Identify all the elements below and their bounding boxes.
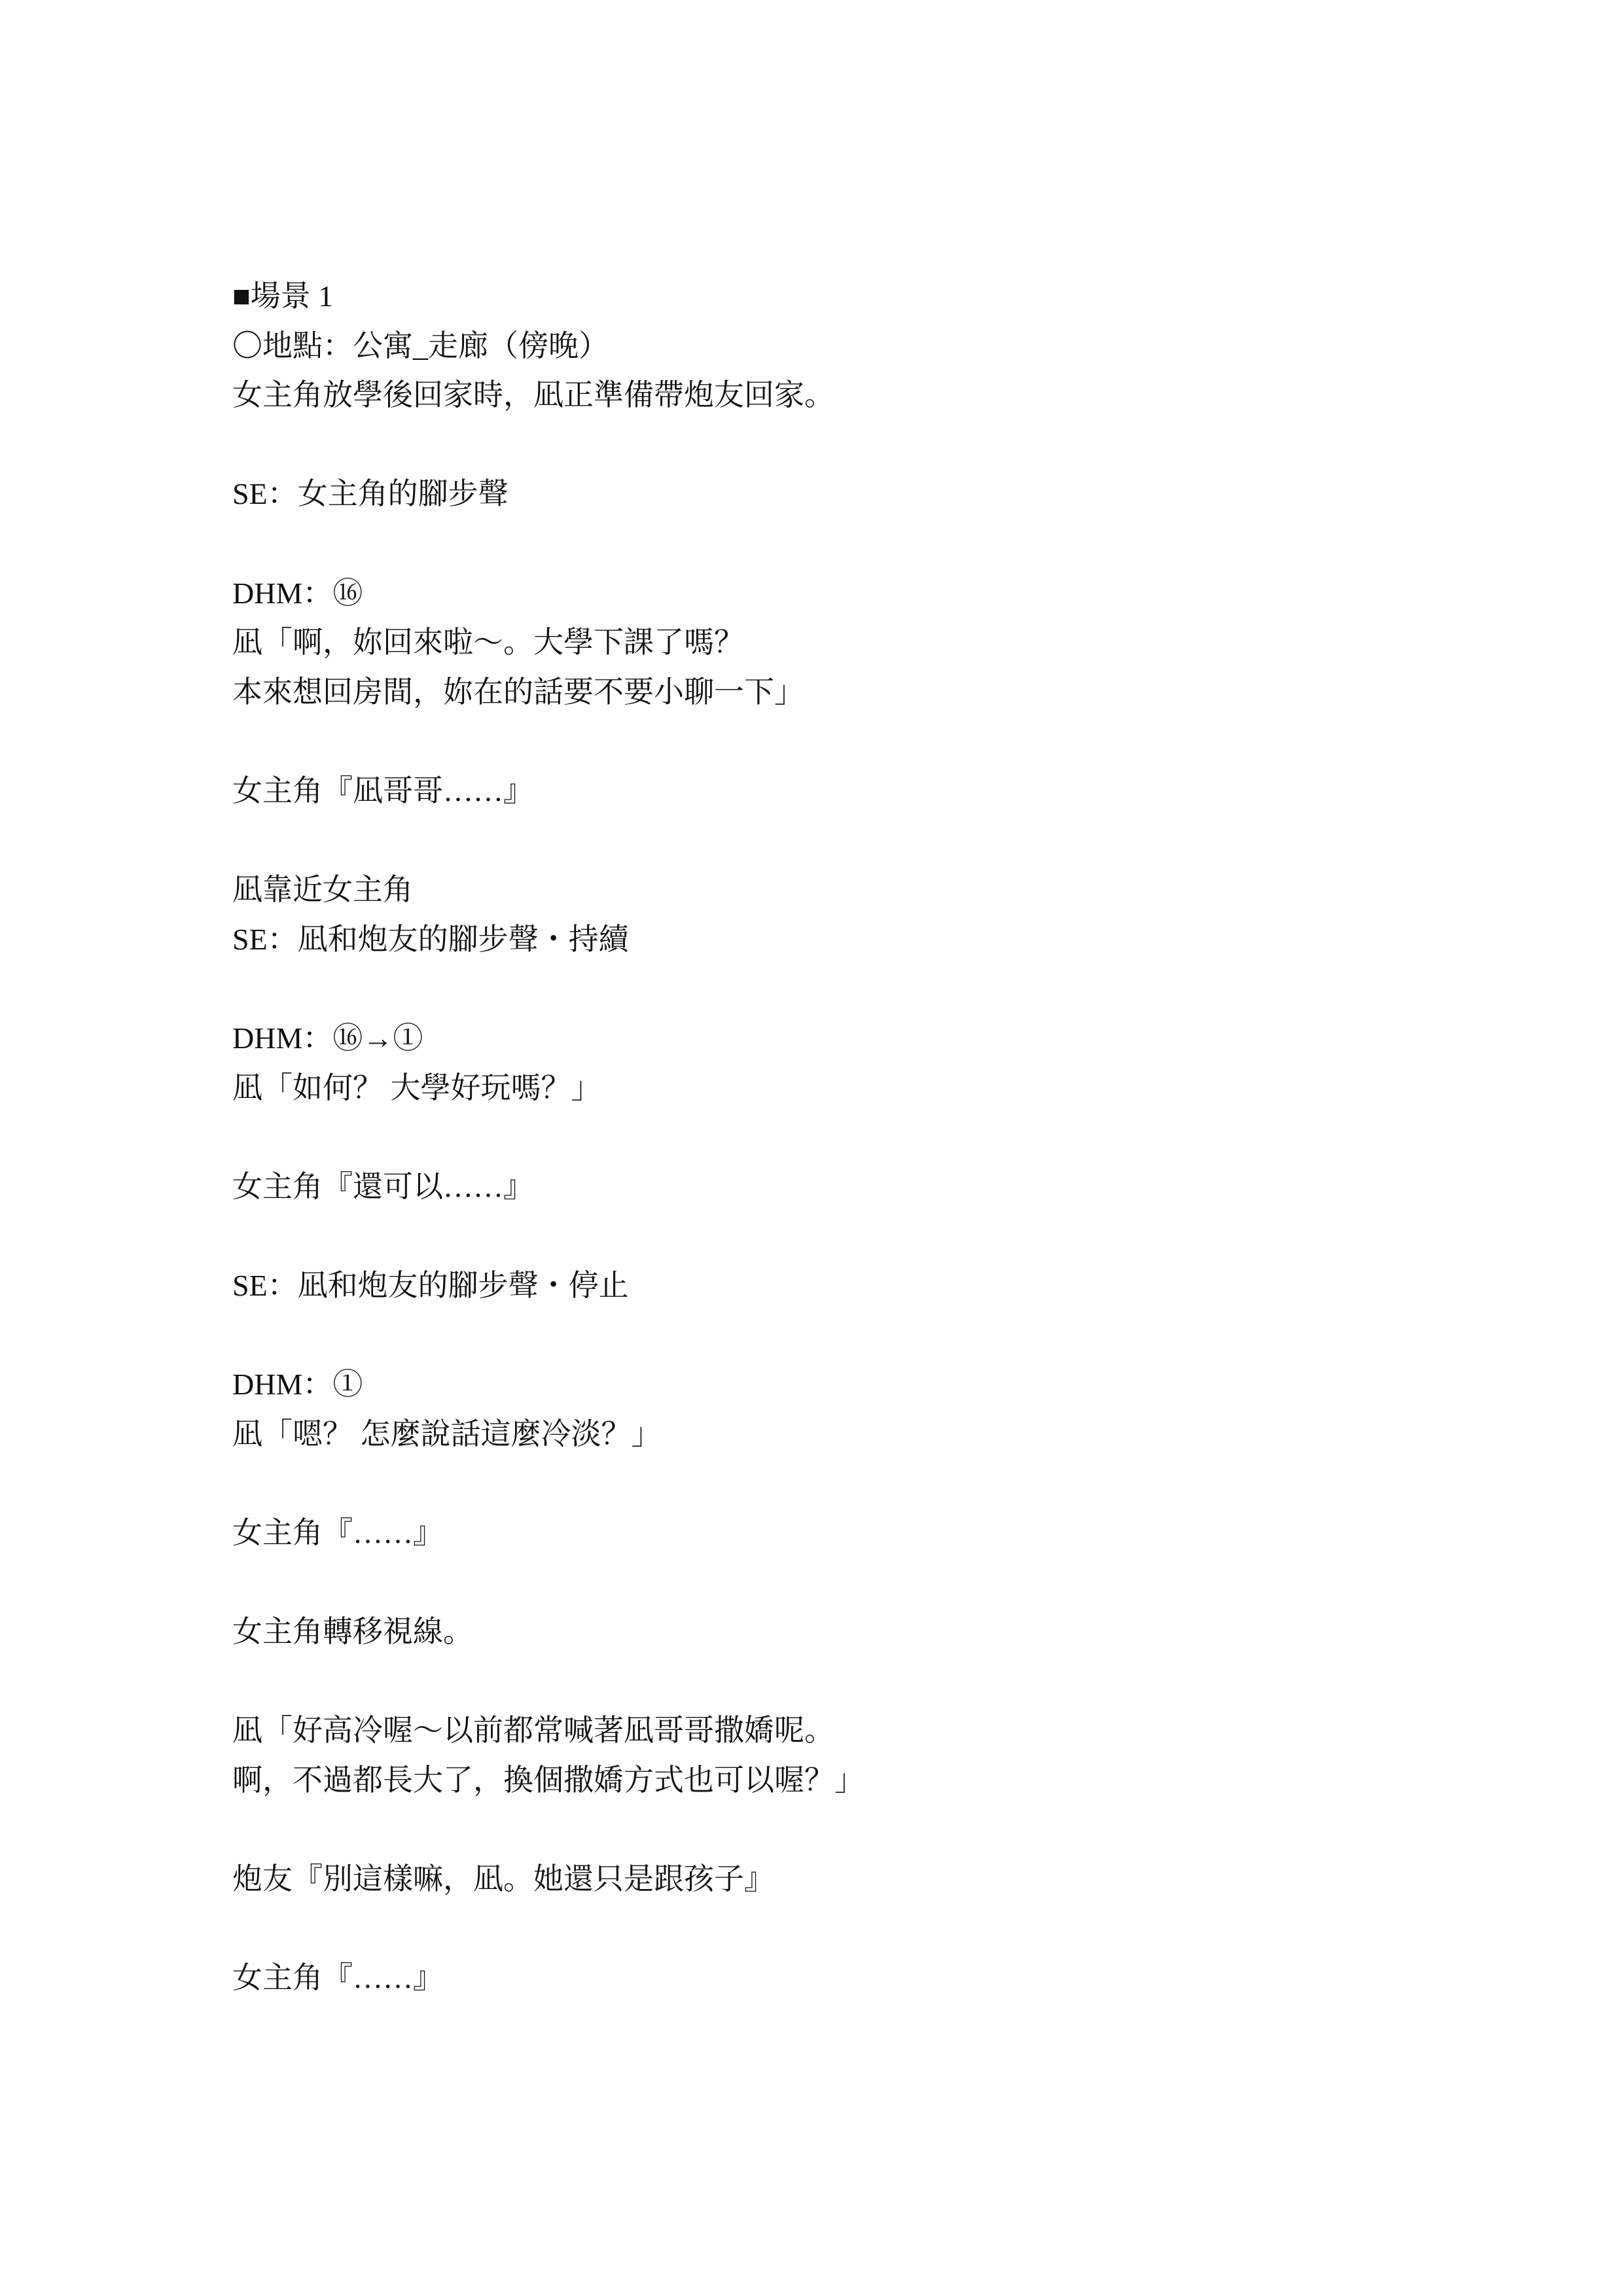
blank-line xyxy=(232,816,1410,866)
blank-line xyxy=(232,716,1410,766)
dialogue-line: 凪「如何？ 大學好玩嗎？」 xyxy=(232,1063,1410,1113)
blank-line xyxy=(232,1458,1410,1508)
location-line: 〇地點：公寓_走廊（傍晚） xyxy=(232,321,1410,371)
blank-line xyxy=(232,1657,1410,1706)
dhm-line: DHM：⑯ xyxy=(232,569,1410,618)
narration-line: 女主角放學後回家時，凪正準備帶炮友回家。 xyxy=(232,370,1410,420)
dialogue-line: 女主角『……』 xyxy=(232,1508,1410,1558)
blank-line xyxy=(232,1904,1410,1954)
dialogue-line: 凪「嗯？ 怎麼說話這麼冷淡？」 xyxy=(232,1409,1410,1459)
blank-line xyxy=(232,1211,1410,1261)
blank-line xyxy=(232,1557,1410,1607)
blank-line xyxy=(232,1805,1410,1854)
dialogue-line: 女主角『還可以……』 xyxy=(232,1162,1410,1212)
blank-line xyxy=(232,1310,1410,1360)
blank-line xyxy=(232,964,1410,1014)
script-page: ■場景 1 〇地點：公寓_走廊（傍晚） 女主角放學後回家時，凪正準備帶炮友回家。… xyxy=(232,272,1410,2003)
blank-line xyxy=(232,420,1410,470)
dialogue-line: 啊，不過都長大了，換個撒嬌方式也可以喔？」 xyxy=(232,1756,1410,1805)
narration-line: 凪靠近女主角 xyxy=(232,865,1410,915)
scene-heading: ■場景 1 xyxy=(232,272,1410,321)
blank-line xyxy=(232,519,1410,569)
dialogue-line: 凪「啊，妳回來啦～。大學下課了嗎？ xyxy=(232,618,1410,667)
sound-effect-line: SE：凪和炮友的腳步聲・停止 xyxy=(232,1261,1410,1311)
dialogue-line: 炮友『別這樣嘛，凪。她還只是跟孩子』 xyxy=(232,1854,1410,1904)
sound-effect-line: SE：凪和炮友的腳步聲・持續 xyxy=(232,915,1410,964)
dialogue-line: 女主角『……』 xyxy=(232,1953,1410,2003)
dialogue-line: 本來想回房間，妳在的話要不要小聊一下」 xyxy=(232,667,1410,717)
blank-line xyxy=(232,1112,1410,1162)
narration-line: 女主角轉移視線。 xyxy=(232,1607,1410,1657)
dhm-line: DHM：⑯→① xyxy=(232,1014,1410,1063)
sound-effect-line: SE：女主角的腳步聲 xyxy=(232,469,1410,519)
dialogue-line: 女主角『凪哥哥……』 xyxy=(232,766,1410,816)
dialogue-line: 凪「好高冷喔～以前都常喊著凪哥哥撒嬌呢。 xyxy=(232,1706,1410,1756)
dhm-line: DHM：① xyxy=(232,1360,1410,1409)
